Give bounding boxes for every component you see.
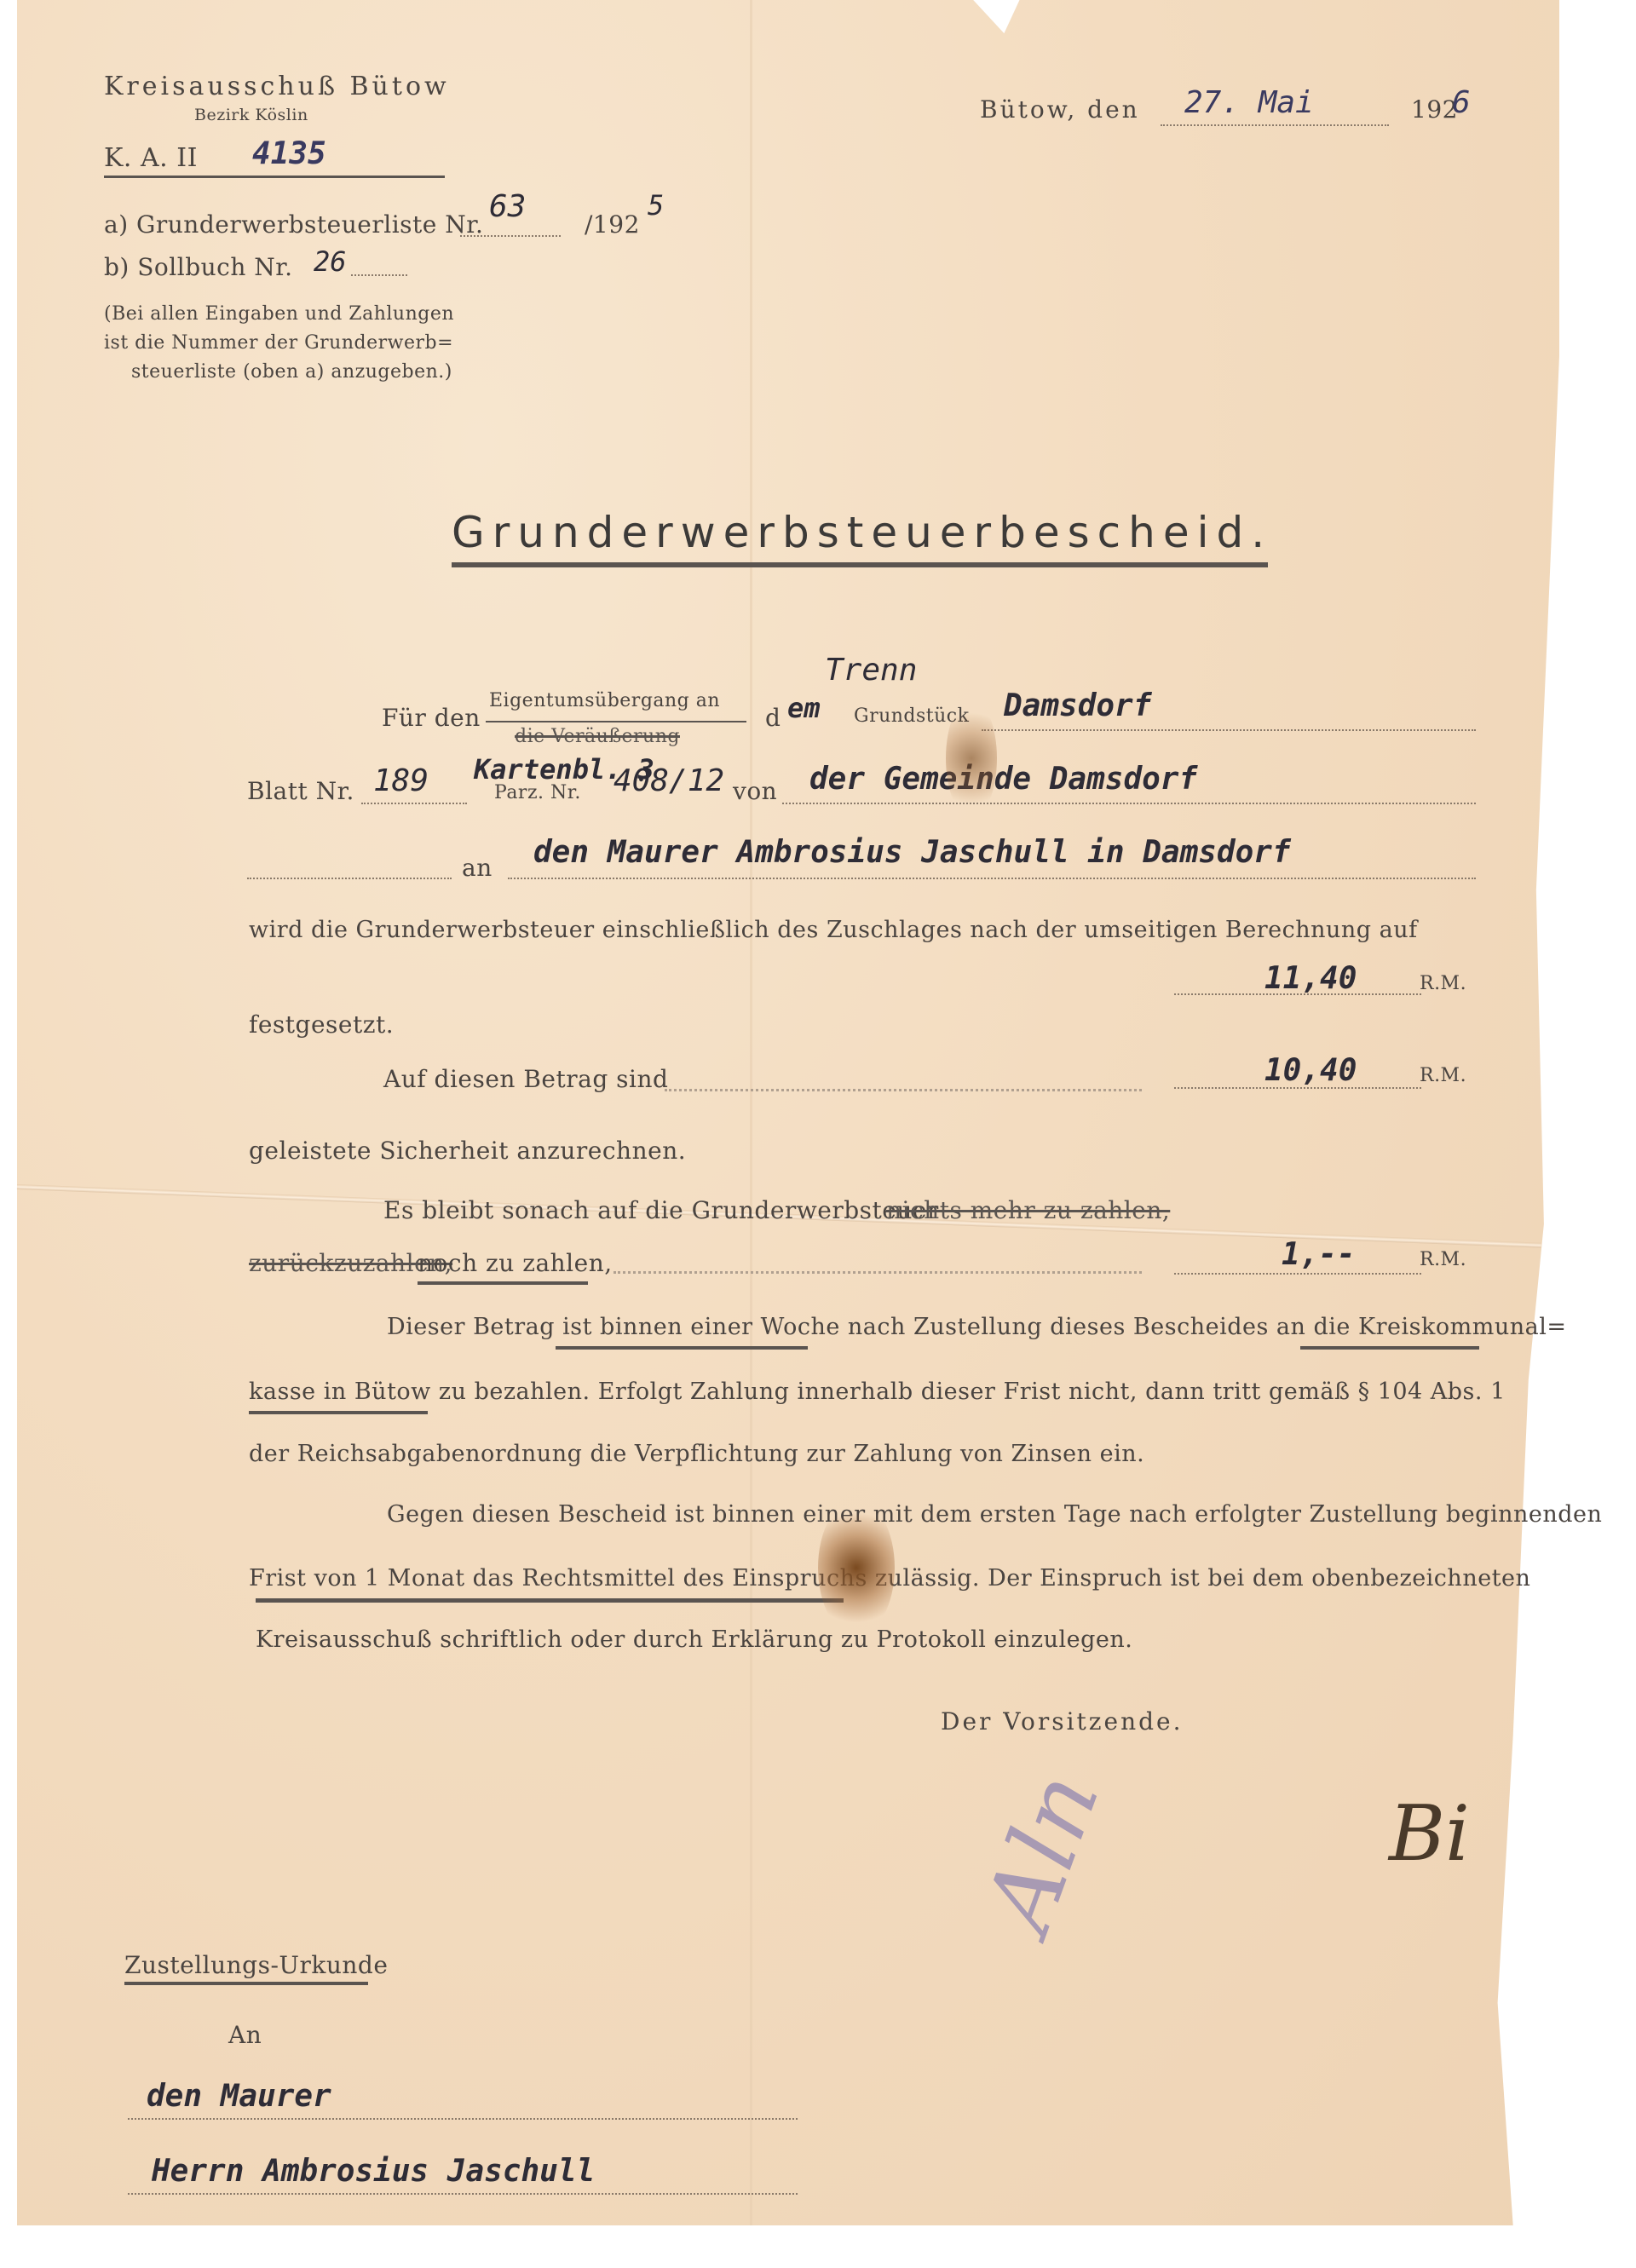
auf-diesen-leader: [665, 1089, 1142, 1091]
sollbuch-label: b) Sollbuch Nr.: [104, 253, 292, 281]
article-typed: em: [787, 692, 821, 724]
parz-label: Parz. Nr.: [494, 782, 581, 803]
list-number: 63: [489, 189, 526, 224]
noch-zu-zahlen: noch zu zahlen,: [418, 1249, 613, 1277]
list-year-prefix: /192: [585, 210, 640, 239]
recipient-line-2-dots: [128, 2193, 798, 2195]
date-typed: 27. Mai: [1184, 85, 1314, 120]
binnen-einer-woche-underline: [556, 1346, 808, 1350]
es-bleibt-struck: nichts mehr zu zahlen,: [886, 1196, 1170, 1224]
von-dots: [782, 803, 1476, 804]
file-ref-number: 4135: [252, 136, 326, 171]
title-underline: [452, 562, 1268, 567]
list-label: a) Grunderwerbsteuerliste Nr.: [104, 210, 483, 239]
blatt-dots: [361, 803, 467, 804]
district-name: Bezirk Köslin: [194, 106, 308, 124]
header-underline: [104, 176, 445, 178]
place-date-label: Bütow, den: [980, 95, 1140, 124]
sollbuch-number: 26: [314, 245, 347, 278]
blatt-value: 189: [373, 763, 429, 798]
article-prefix: d: [765, 704, 781, 732]
es-bleibt-label: Es bleibt sonach auf die Grunderwerbsteu…: [383, 1196, 939, 1224]
year-suffix: 6: [1452, 85, 1471, 120]
frist-underline: [256, 1598, 844, 1603]
option-struck: die Veräußerung: [515, 726, 680, 747]
sollbuch-dots: [351, 274, 407, 276]
amount-security: 10,40: [1264, 1053, 1357, 1088]
option-fraction-line: [486, 721, 746, 722]
kasse-in-buetow-underline: [249, 1411, 428, 1414]
kreiskommunal-underline: [1300, 1346, 1479, 1350]
festgesetzt-label: festgesetzt.: [249, 1010, 394, 1039]
document-title: Grunderwerbsteuerbescheid.: [452, 508, 1272, 557]
note-line-1: (Bei allen Eingaben und Zahlungen: [104, 303, 454, 325]
payment-terms-line-2: kasse in Bütow zu bezahlen. Erfolgt Zahl…: [249, 1379, 1506, 1405]
currency-total: R.M.: [1420, 973, 1466, 994]
signatory-label: Der Vorsitzende.: [941, 1707, 1184, 1736]
fuer-den-label: Für den: [382, 704, 481, 732]
rust-stain: [946, 699, 997, 818]
ink-initials: Bi: [1389, 1789, 1470, 1879]
an-dots: [508, 878, 1476, 879]
delivery-an: An: [228, 2021, 262, 2049]
grundstueck-dots: [982, 729, 1476, 731]
list-number-dots: [460, 235, 561, 237]
amount-total: 11,40: [1264, 961, 1357, 996]
payment-terms-line-1: Dieser Betrag ist binnen einer Woche nac…: [387, 1314, 1566, 1340]
currency-security: R.M.: [1420, 1065, 1466, 1086]
date-dots: [1161, 124, 1389, 126]
an-label: an: [462, 854, 493, 882]
list-year-suffix: 5: [648, 189, 664, 222]
geleistete-label: geleistete Sicherheit anzurechnen.: [249, 1137, 686, 1165]
currency-due: R.M.: [1420, 1249, 1466, 1270]
parz-value: 408/12: [613, 763, 724, 798]
appeal-line-1: Gegen diesen Bescheid ist binnen einer m…: [387, 1501, 1602, 1528]
recipient-line-1: den Maurer: [147, 2079, 331, 2114]
year-prefix: 192: [1411, 95, 1458, 124]
recipient-line-2: Herrn Ambrosius Jaschull: [152, 2154, 595, 2189]
delivery-heading-underline: [124, 1982, 368, 1985]
es-bleibt-leader: [613, 1271, 1142, 1274]
an-dots-left: [247, 878, 452, 879]
note-line-3: steuerliste (oben a) anzugeben.): [131, 361, 452, 383]
blatt-label: Blatt Nr.: [247, 777, 354, 805]
recipient-line-1-dots: [128, 2118, 798, 2120]
delivery-heading: Zustellungs-Urkunde: [124, 1951, 388, 1979]
paper-fold-vertical: [750, 0, 752, 2225]
amount-due: 1,--: [1282, 1237, 1356, 1272]
payment-terms-line-3: der Reichsabgabenordnung die Verpflichtu…: [249, 1441, 1144, 1467]
grundstueck-value: Damsdorf: [1004, 688, 1151, 723]
authority-name: Kreisausschuß Bütow: [104, 72, 450, 101]
amount-due-dots: [1174, 1273, 1421, 1275]
von-value: der Gemeinde Damsdorf: [809, 762, 1197, 797]
an-value: den Maurer Ambrosius Jaschull in Damsdor…: [533, 835, 1291, 870]
noch-zu-zahlen-underline: [418, 1281, 588, 1285]
insert-above: Trenn: [825, 653, 917, 688]
appeal-line-3: Kreisausschuß schriftlich oder durch Erk…: [256, 1626, 1132, 1653]
file-ref-prefix: K. A. II: [104, 143, 198, 173]
option-kept: Eigentumsübergang an: [489, 690, 720, 711]
auf-diesen-label: Auf diesen Betrag sind: [383, 1065, 668, 1093]
von-label: von: [733, 777, 777, 805]
wird-line: wird die Grunderwerbsteuer einschließlic…: [249, 917, 1418, 943]
note-line-2: ist die Nummer der Grunderwerb=: [104, 332, 453, 354]
burn-stain: [818, 1500, 895, 1636]
